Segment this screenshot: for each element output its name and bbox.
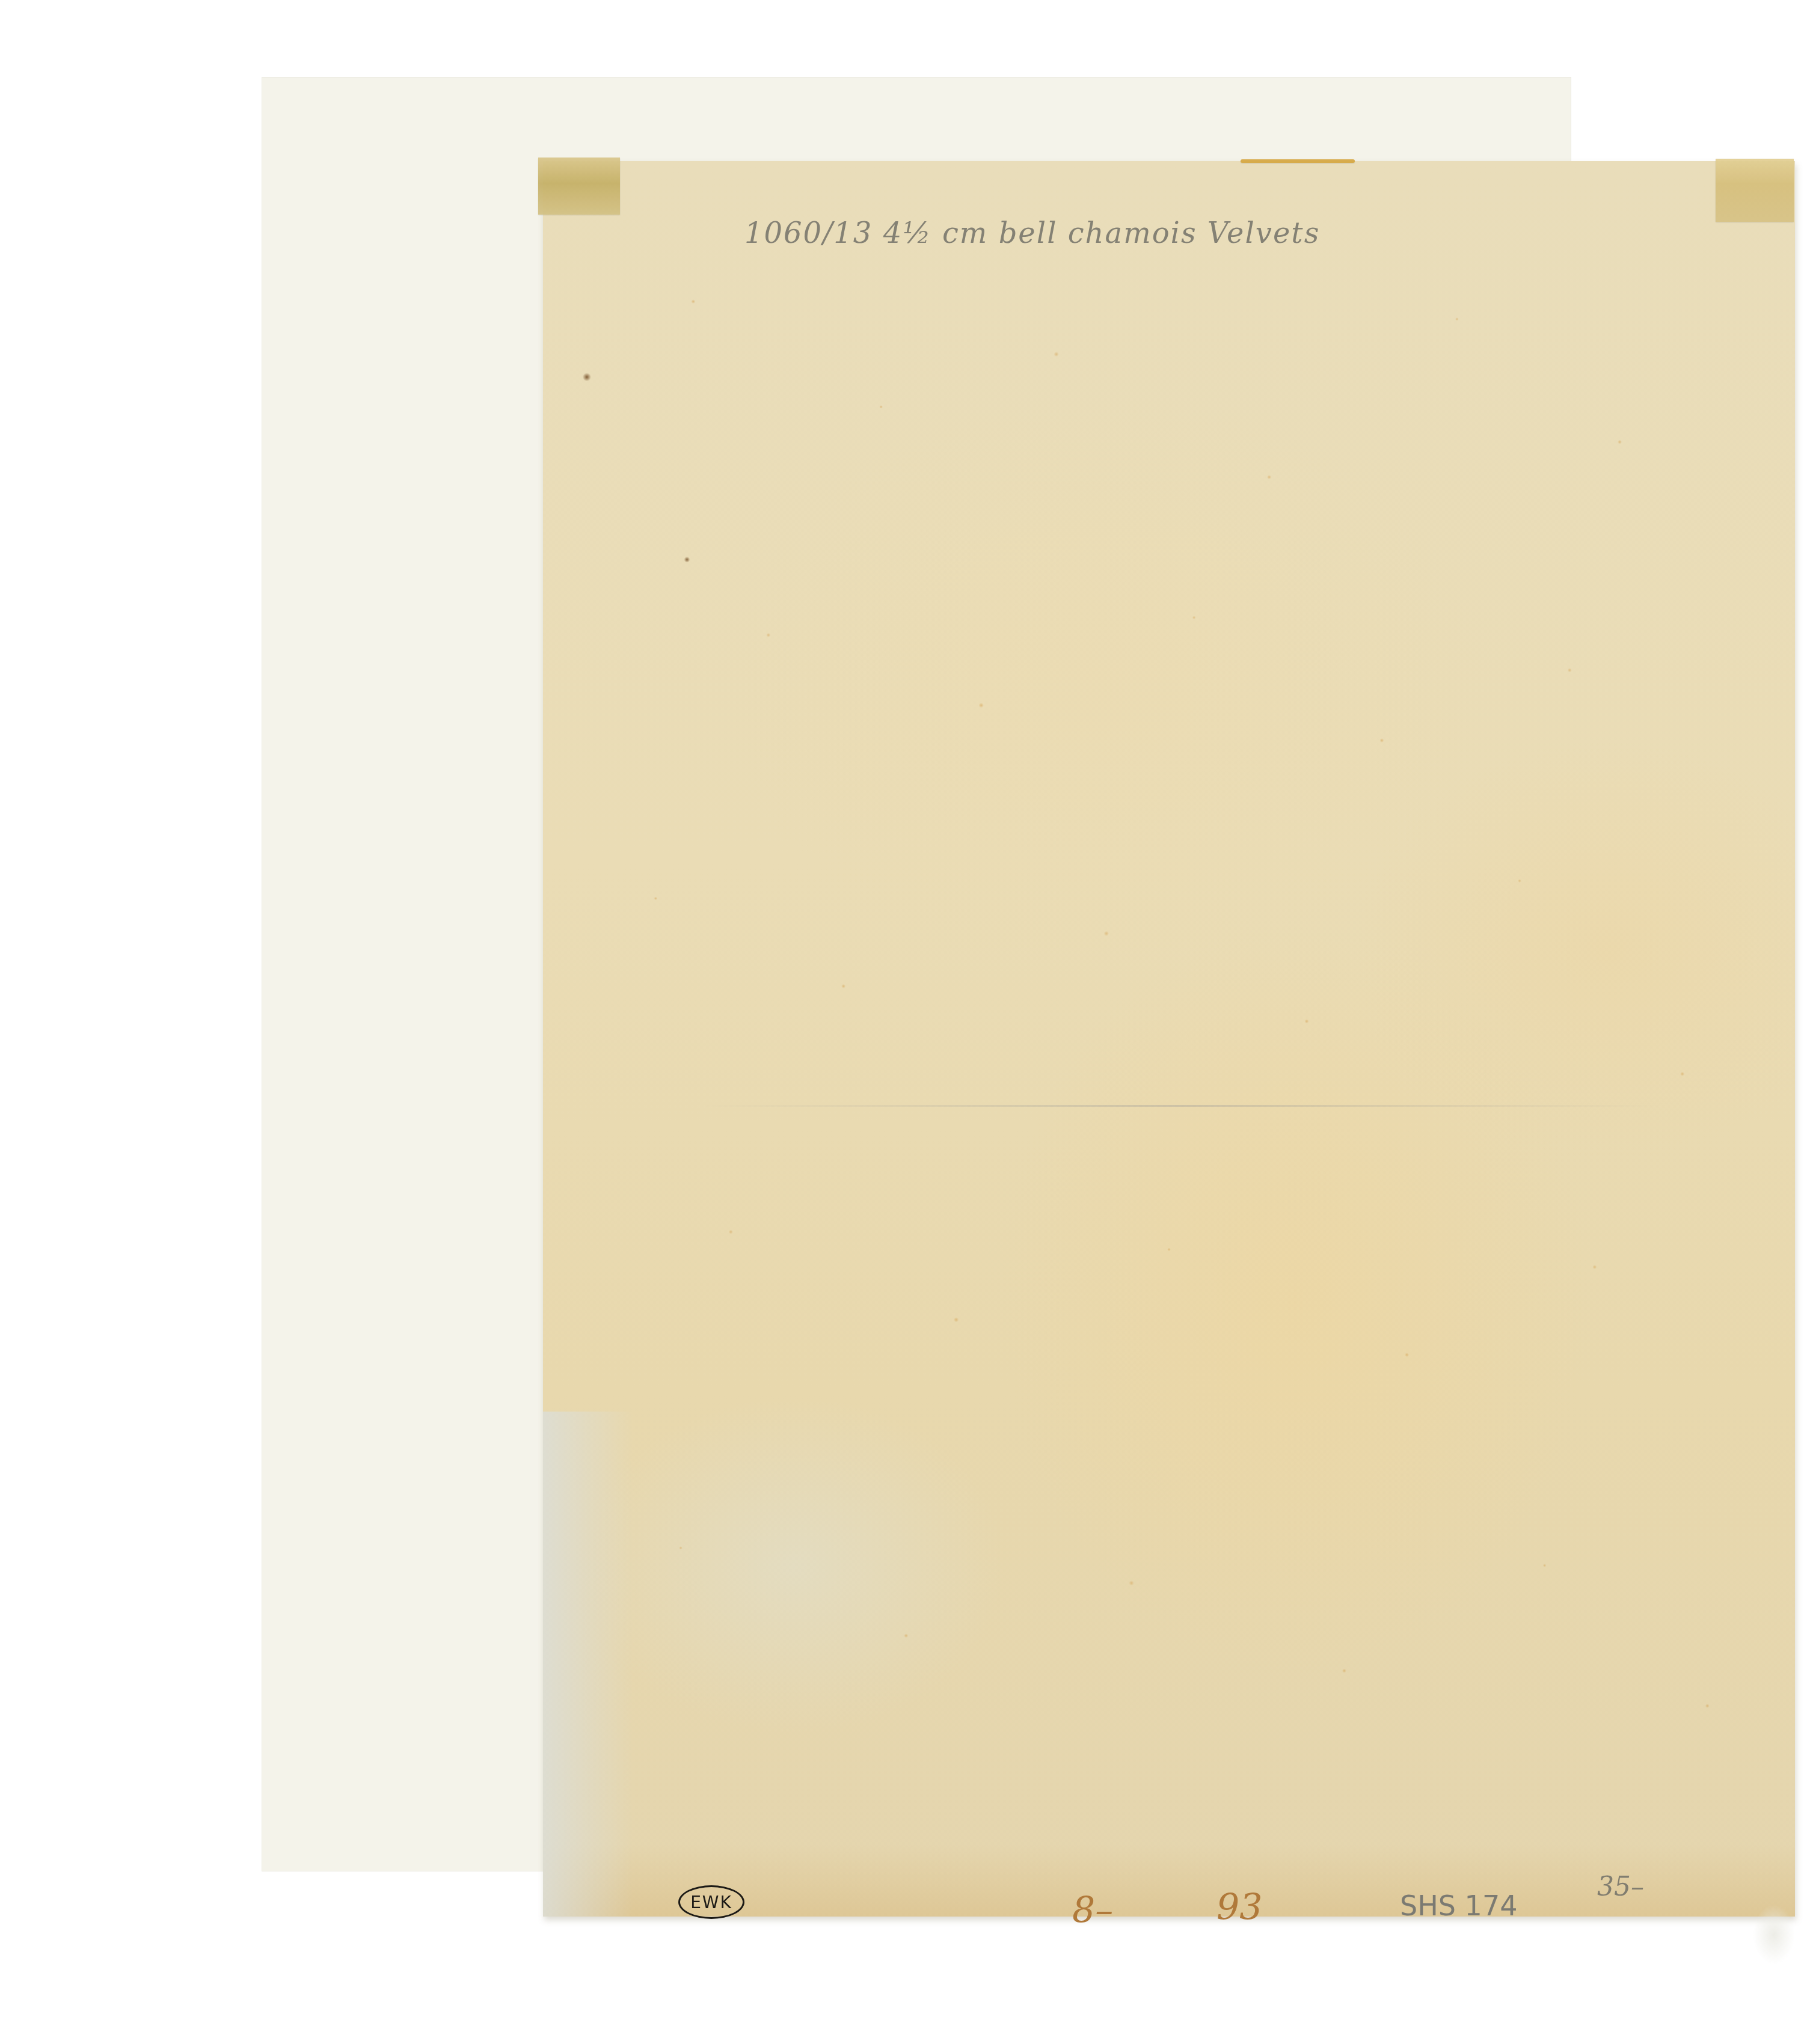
price-mark: 35– xyxy=(1597,1871,1644,1902)
horizontal-crease xyxy=(699,1105,1661,1107)
ink-number-middle: 93 xyxy=(1216,1886,1262,1929)
left-edge-wear xyxy=(543,1412,633,1917)
pencil-inscription-top: 1060/13 4½ cm bell chamois Velvets xyxy=(744,216,1320,250)
tape-remnant-top-center xyxy=(1241,159,1355,163)
paper-sheet-verso: 1060/13 4½ cm bell chamois Velvets EWK 8… xyxy=(543,161,1795,1917)
inventory-number: SHS 174 xyxy=(1400,1889,1517,1922)
collector-stamp: EWK xyxy=(678,1885,744,1919)
hinge-tape-top-left xyxy=(538,158,620,215)
ink-number-left: 8– xyxy=(1072,1889,1113,1932)
hinge-tape-top-right xyxy=(1716,159,1794,222)
right-corner-wear xyxy=(1753,1905,1795,1965)
foxing-spots xyxy=(543,161,1795,1917)
collector-stamp-text: EWK xyxy=(690,1893,732,1912)
mount-board: 1060/13 4½ cm bell chamois Velvets EWK 8… xyxy=(262,77,1571,1871)
